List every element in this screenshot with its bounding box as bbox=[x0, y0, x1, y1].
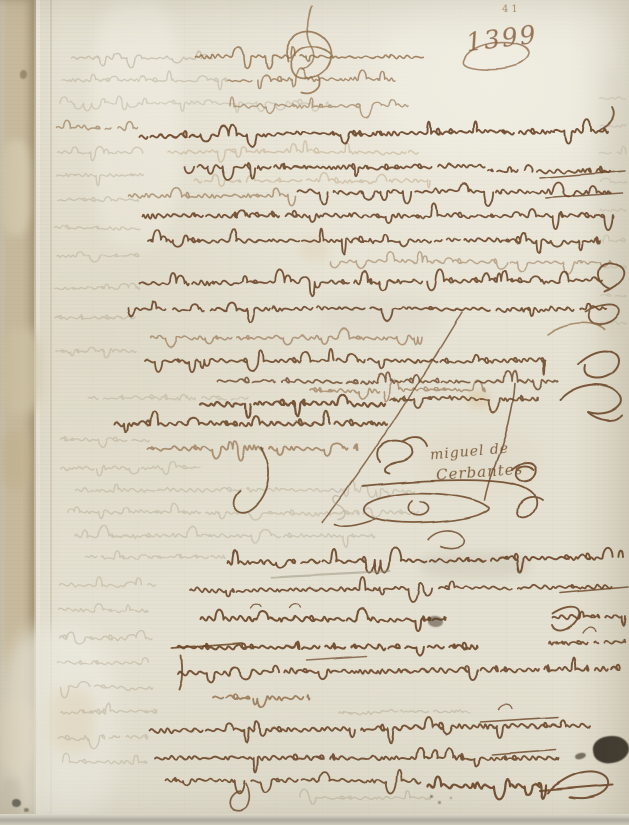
handwriting-line bbox=[227, 548, 623, 575]
handwriting-line bbox=[62, 753, 147, 764]
handwriting-line bbox=[56, 174, 144, 186]
handwriting-line bbox=[600, 125, 626, 128]
flourish-top-stroke bbox=[301, 6, 314, 70]
handwriting-line bbox=[75, 481, 415, 499]
handwriting-line bbox=[195, 173, 430, 189]
handwriting-line bbox=[218, 371, 558, 390]
handwriting-line bbox=[85, 550, 225, 558]
handwriting-line bbox=[142, 203, 614, 230]
handwriting-line bbox=[330, 252, 610, 273]
handwriting-line bbox=[140, 269, 602, 296]
flourish-tall-1 bbox=[179, 656, 182, 689]
handwriting-line bbox=[155, 748, 559, 772]
handwriting-line bbox=[58, 146, 143, 161]
handwriting-line bbox=[55, 283, 140, 289]
flourish-superscript-1 bbox=[250, 604, 261, 608]
handwriting-line bbox=[213, 694, 309, 707]
handwriting-line bbox=[58, 735, 148, 749]
handwriting-line bbox=[150, 718, 590, 743]
handwriting-line bbox=[57, 252, 139, 263]
handwriting-line bbox=[428, 777, 546, 800]
handwriting-line bbox=[58, 603, 148, 612]
handwriting-line bbox=[55, 315, 135, 319]
handwriting-line bbox=[58, 197, 138, 202]
handwriting-line bbox=[148, 229, 600, 255]
flourish-dash-5 bbox=[480, 718, 558, 723]
handwriting-line bbox=[168, 142, 418, 162]
handwriting-line bbox=[72, 52, 212, 68]
handwriting-line bbox=[600, 147, 626, 155]
handwriting-layer bbox=[0, 0, 629, 825]
corner-mark: 41 bbox=[502, 4, 521, 15]
handwriting-line bbox=[115, 412, 387, 432]
handwriting-line bbox=[88, 395, 248, 400]
handwriting-line bbox=[549, 641, 625, 645]
flourish-loop-bottom bbox=[230, 783, 249, 810]
handwriting-line bbox=[178, 658, 620, 682]
handwriting-line bbox=[190, 578, 612, 602]
handwriting-line bbox=[150, 329, 422, 349]
flourish-sig-preflourish bbox=[378, 437, 427, 473]
handwriting-line bbox=[600, 208, 626, 211]
flourish-feo-curl bbox=[560, 385, 622, 421]
handwriting-line bbox=[340, 710, 470, 714]
handwriting-line bbox=[600, 235, 626, 241]
handwriting-line bbox=[148, 441, 358, 461]
handwriting-line bbox=[58, 658, 148, 664]
handwriting-line bbox=[75, 526, 375, 547]
handwriting-line bbox=[300, 790, 430, 804]
handwriting-line bbox=[55, 226, 140, 230]
handwriting-line bbox=[145, 349, 545, 375]
handwriting-line bbox=[185, 163, 485, 179]
handwriting-line bbox=[552, 611, 625, 627]
handwriting-line bbox=[140, 119, 608, 147]
handwriting-line bbox=[200, 394, 385, 418]
handwriting-line bbox=[200, 608, 446, 631]
flourish-s-du bbox=[548, 323, 605, 334]
handwriting-line bbox=[390, 395, 538, 413]
handwriting-line bbox=[600, 179, 626, 183]
handwriting-line bbox=[57, 120, 137, 130]
flourish-de-curl bbox=[578, 351, 619, 378]
handwriting-line bbox=[488, 165, 610, 173]
flourish-gray-smear bbox=[272, 572, 390, 578]
page-bottom-edge bbox=[0, 814, 629, 825]
handwriting-line bbox=[60, 683, 152, 698]
handwriting-line bbox=[128, 302, 606, 322]
handwriting-line bbox=[62, 704, 157, 714]
handwriting-line bbox=[60, 576, 155, 586]
manuscript-page: 1399 41 miguel de Cerbantes bbox=[0, 0, 629, 825]
handwriting-line bbox=[298, 183, 610, 206]
flourish-superscript-2 bbox=[290, 604, 301, 608]
flourish-rubric-oval bbox=[334, 493, 490, 526]
handwriting-line bbox=[600, 96, 626, 99]
flourish-superscript-4 bbox=[498, 705, 512, 710]
flourish-dash-6 bbox=[492, 749, 556, 754]
handwriting-line bbox=[60, 462, 200, 476]
handwriting-line bbox=[55, 348, 135, 358]
handwriting-line bbox=[60, 437, 150, 448]
handwriting-line bbox=[60, 631, 152, 644]
handwriting-line bbox=[165, 770, 421, 794]
flourish-dash-4 bbox=[306, 656, 366, 660]
flourish-superscript-3 bbox=[583, 628, 596, 633]
flourish-countersig-rubric bbox=[540, 772, 612, 798]
handwriting-line bbox=[128, 188, 296, 207]
handwriting-line bbox=[60, 95, 328, 112]
handwriting-line bbox=[62, 71, 227, 90]
handwriting-line bbox=[600, 294, 626, 297]
flourish-rubric-m bbox=[428, 530, 463, 548]
